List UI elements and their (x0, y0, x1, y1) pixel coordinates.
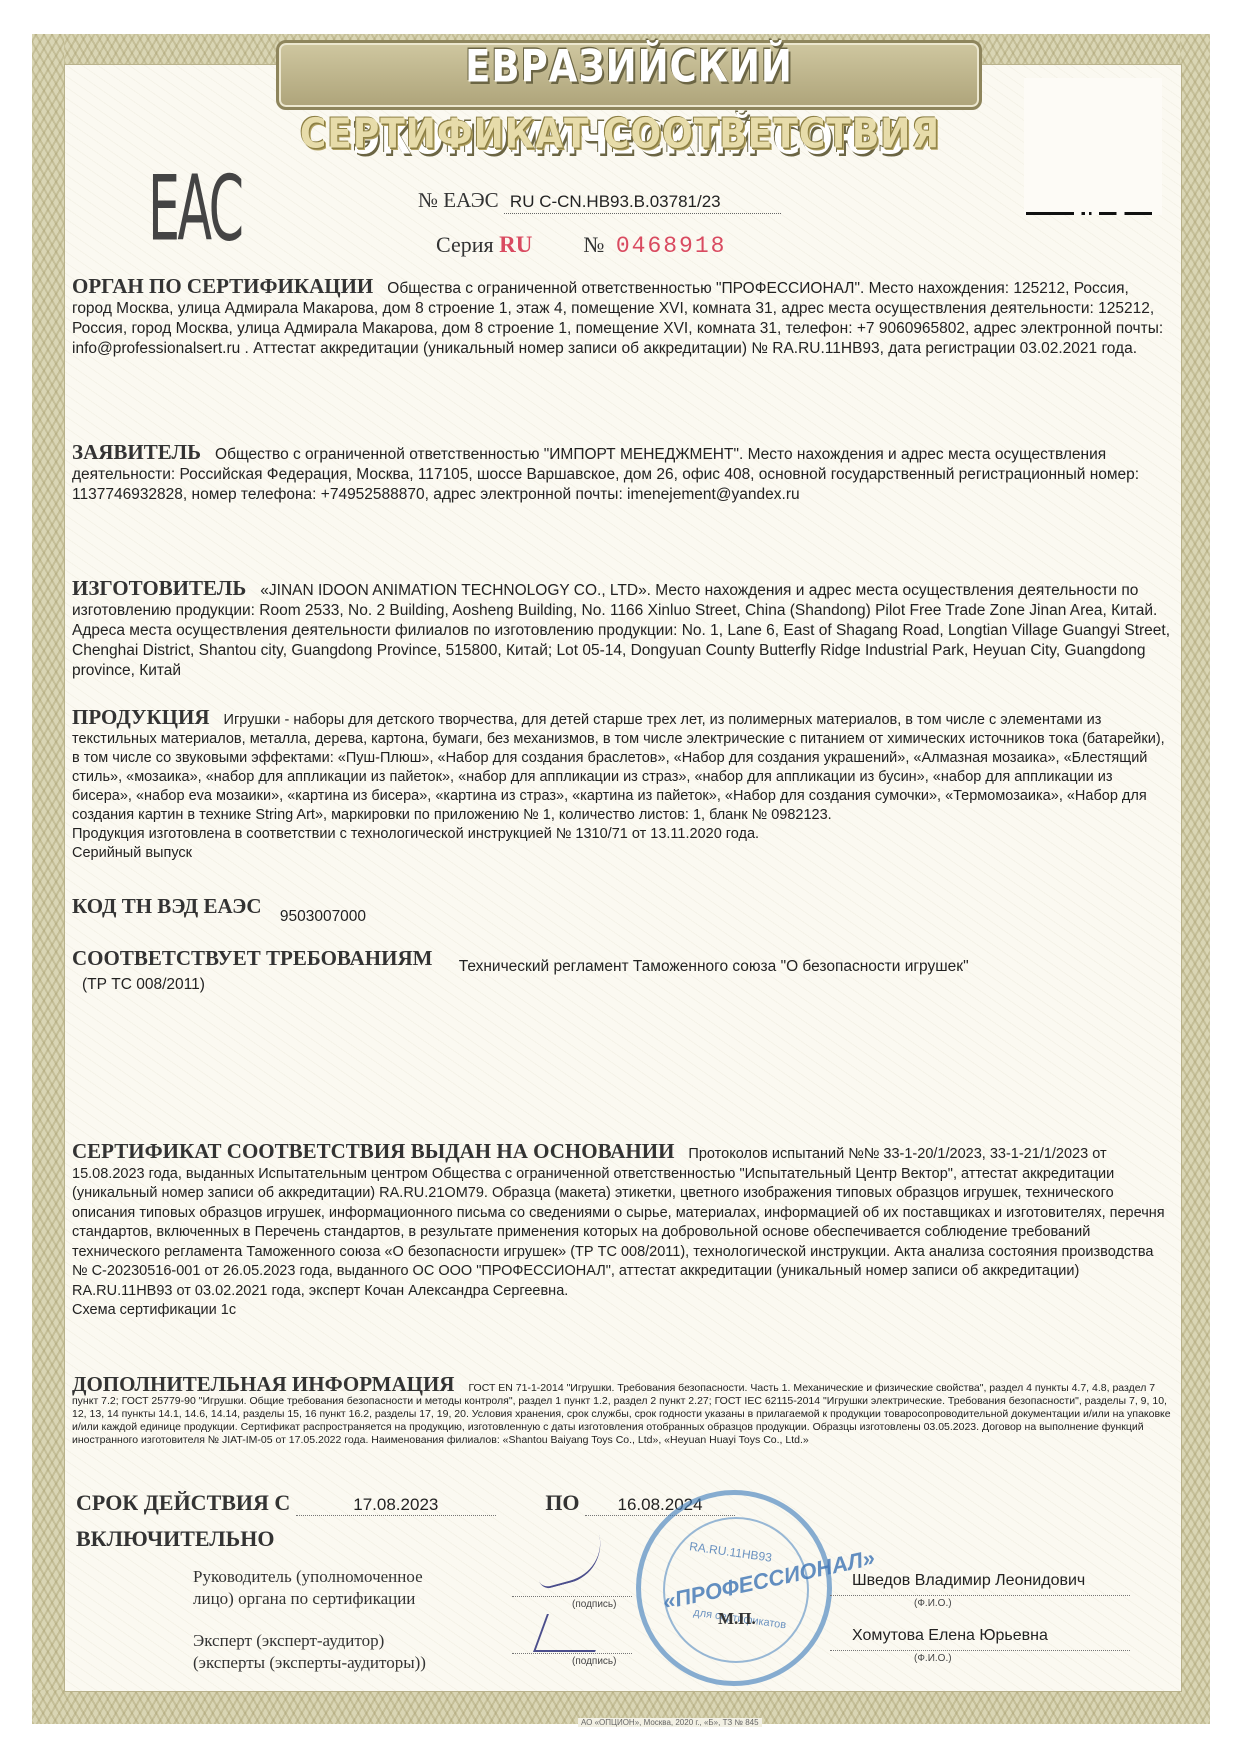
section-product: ПРОДУКЦИЯИгрушки - наборы для детского т… (72, 708, 1172, 863)
head-label: Руководитель (уполномоченное лицо) орган… (193, 1566, 423, 1610)
section-basis: СЕРТИФИКАТ СООТВЕТСТВИЯ ВЫДАН НА ОСНОВАН… (72, 1142, 1172, 1321)
head-name-line (830, 1595, 1130, 1596)
section-applicant: ЗАЯВИТЕЛЬОбщество с ограниченной ответст… (72, 442, 1172, 505)
head-name: Шведов Владимир Леонидович (852, 1572, 1085, 1590)
seal-label: М.П. (718, 1609, 756, 1629)
section-additional: ДОПОЛНИТЕЛЬНАЯ ИНФОРМАЦИЯГОСТ EN 71-1-20… (72, 1378, 1172, 1447)
expert-name-caption: (Ф.И.О.) (914, 1653, 952, 1664)
valid-from-label: СРОК ДЕЙСТВИЯ С (76, 1490, 290, 1515)
series-number: Серия RU № 0468918 (436, 232, 726, 259)
blank-corner-box (1024, 78, 1162, 215)
tech-instruction: Продукция изготовлена в соответствии с т… (72, 825, 1172, 844)
head-signature-caption: (подпись) (572, 1599, 616, 1610)
section-cert-body: ОРГАН ПО СЕРТИФИКАЦИИОбщества с ограниче… (72, 276, 1172, 359)
section-manufacturer: ИЗГОТОВИТЕЛЬ«JINAN IDOON ANIMATION TECHN… (72, 578, 1172, 681)
heading-hs-code: КОД ТН ВЭД ЕАЭС (72, 894, 262, 918)
union-title-plate: ЕВРАЗИЙСКИЙ ЭКОНОМИЧЕСКИЙ СОЮЗ (276, 40, 982, 110)
hs-code-value: 9503007000 (280, 908, 366, 925)
printer-imprint: АО «ОПЦИОН», Москва, 2020 г., «Б», ТЗ № … (578, 1718, 762, 1727)
series-value: RU (499, 232, 532, 257)
expert-label: Эксперт (эксперт-аудитор) (эксперты (экс… (193, 1630, 426, 1674)
heading-product: ПРОДУКЦИЯ (72, 705, 210, 729)
inclusive-label: ВКЛЮЧИТЕЛЬНО (76, 1526, 735, 1552)
heading-manufacturer: ИЗГОТОВИТЕЛЬ (72, 576, 246, 600)
valid-from-date: 17.08.2023 (296, 1495, 496, 1516)
requirements-text: Технический регламент Таможенного союза … (459, 958, 969, 975)
product-text: Игрушки - наборы для детского творчества… (72, 712, 1165, 823)
number-label: № (583, 232, 604, 257)
head-name-caption: (Ф.И.О.) (914, 1598, 952, 1609)
expert-name-line (830, 1650, 1130, 1651)
certification-scheme: Схема сертификации 1с (72, 1301, 1172, 1321)
reg-value: RU C-CN.HB93.B.03781/23 (504, 192, 781, 214)
expert-signature-caption: (подпись) (572, 1656, 616, 1667)
heading-cert-body: ОРГАН ПО СЕРТИФИКАЦИИ (72, 274, 373, 298)
heading-basis: СЕРТИФИКАТ СООТВЕТСТВИЯ ВЫДАН НА ОСНОВАН… (72, 1139, 674, 1163)
requirements-code: (ТР ТС 008/2011) (72, 975, 1172, 995)
valid-to-label: ПО (545, 1490, 579, 1515)
heading-requirements: СООТВЕТСТВУЕТ ТРЕБОВАНИЯМ (72, 946, 432, 970)
release-type: Серийный выпуск (72, 844, 1172, 863)
expert-name: Хомутова Елена Юрьевна (852, 1627, 1048, 1645)
applicant-text: Общество с ограниченной ответственностью… (72, 446, 1139, 503)
series-label: Серия (436, 232, 494, 257)
seal-stamp: RA.RU.11HB93 «ПРОФЕССИОНАЛ» для сертифик… (636, 1490, 832, 1686)
registration-number: № ЕАЭС RU C-CN.HB93.B.03781/23 (418, 188, 781, 213)
heading-applicant: ЗАЯВИТЕЛЬ (72, 440, 201, 464)
section-requirements: СООТВЕТСТВУЕТ ТРЕБОВАНИЯМ Технический ре… (72, 948, 1172, 995)
eac-mark-icon: EAC (148, 158, 241, 262)
guilloche-border-right (1180, 34, 1210, 1724)
section-hs-code: КОД ТН ВЭД ЕАЭС 9503007000 (72, 896, 1172, 919)
expert-signature-line (512, 1653, 632, 1654)
basis-text: Протоколов испытаний №№ 33-1-20/1/2023, … (72, 1146, 1165, 1299)
guilloche-border-left (32, 34, 64, 1724)
head-signature-line (512, 1596, 632, 1597)
dashed-mark (1026, 212, 1152, 215)
reg-label: № ЕАЭС (418, 188, 499, 212)
blank-number: 0468918 (616, 233, 727, 259)
heading-additional: ДОПОЛНИТЕЛЬНАЯ ИНФОРМАЦИЯ (72, 1372, 454, 1396)
validity-period: СРОК ДЕЙСТВИЯ С 17.08.2023 ПО 16.08.2024… (76, 1490, 735, 1552)
